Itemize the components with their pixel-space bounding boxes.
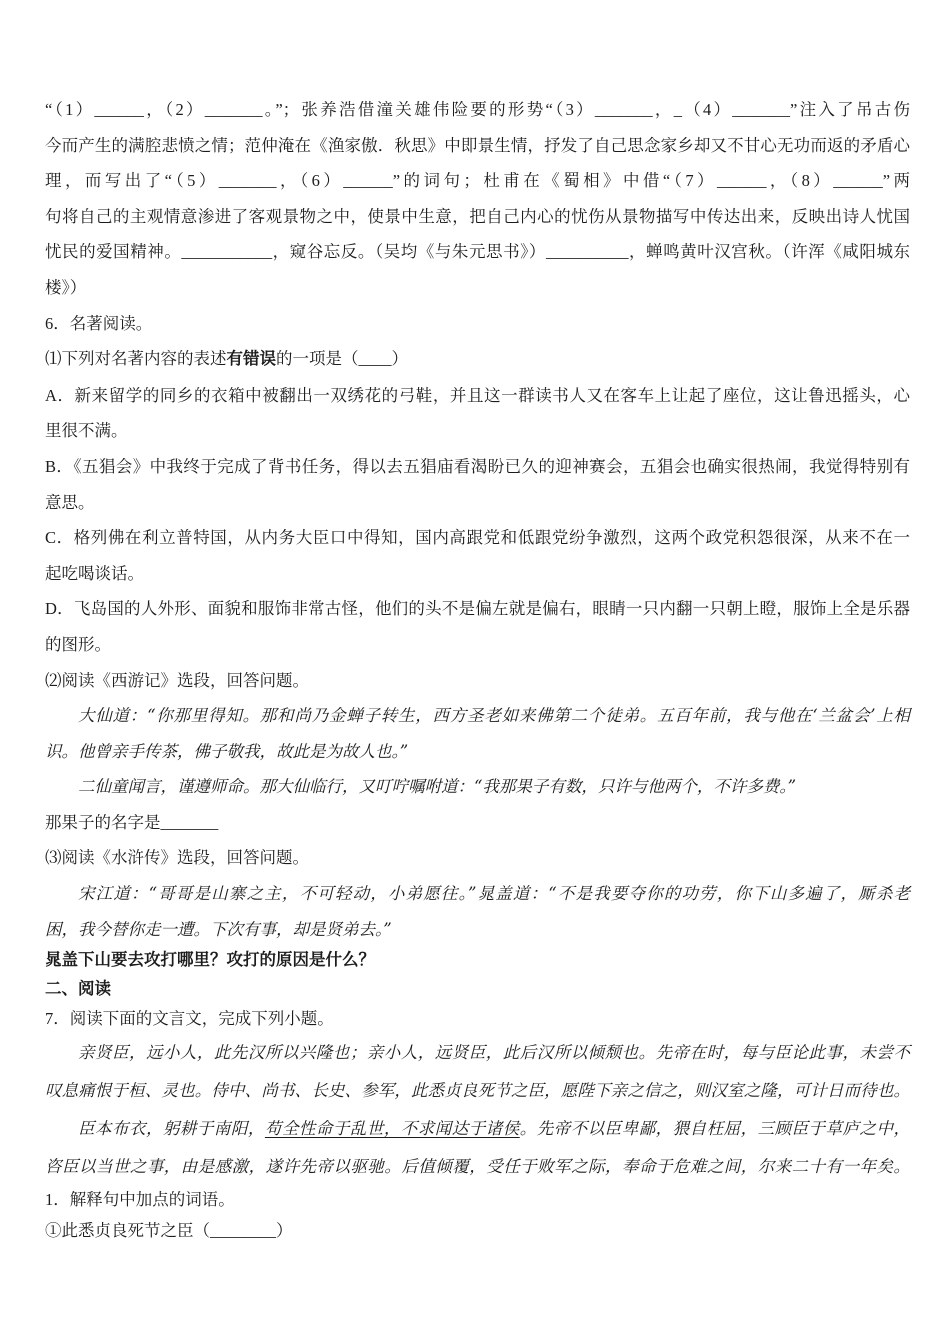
q6-option-c-line-2: 起吃喝谈话。 [45, 556, 910, 592]
text-run: “（1）______，（2）_______。”；张养浩借潼关雄伟险要的形势“（3… [45, 100, 910, 119]
text-run: 起吃喝谈话。 [45, 564, 144, 583]
q5-fill-blanks-line-2: 今而产生的满腔悲愤之情；范仲淹在《渔家傲．秋思》中即景生情，抒发了自己思念家乡却… [45, 128, 910, 164]
text-run: ①此悉贞良死节之臣（________） [45, 1221, 293, 1240]
emphasized-text: 有错误 [227, 350, 277, 368]
q5-fill-blanks-line-5: 忧民的爱国精神。___________，窥谷忘反。（吴均《与朱元思书》）____… [45, 234, 910, 270]
text-run: 那果子的名字是_______ [45, 813, 218, 832]
q6-part1-stem: ⑴下列对名著内容的表述有错误的一项是（____） [45, 341, 910, 378]
text-run: C．格列佛在利立普特国，从内务大臣口中得知，国内高跟党和低跟党纷争激烈，这两个政… [45, 528, 910, 547]
xiyouji-excerpt-line-3: 二仙童闻言，谨遵师命。那大仙临行，又叮咛嘱咐道：“我那果子有数，只许与他两个，不… [45, 769, 910, 805]
text-run: 句将自己的主观情意渗进了客观景物之中，使景中生意，把自己内心的忧伤从景物描写中传… [45, 207, 910, 226]
q6-option-c-line-1: C．格列佛在利立普特国，从内务大臣口中得知，国内高跟党和低跟党纷争激烈，这两个政… [45, 520, 910, 556]
shuihu-excerpt-line-2: 困，我今替你走一遭。下次有事，却是贤弟去。” [45, 912, 910, 948]
text-run: 楼》） [45, 278, 86, 297]
text-run: 。先帝不以臣卑鄙，猥自枉屈，三顾臣于草庐之中， [520, 1119, 910, 1138]
q6-option-b-line-2: 意思。 [45, 485, 910, 521]
text-run: 识。他曾亲手传茶，佛子敬我，故此是为故人也。” [45, 742, 408, 761]
text-run: 6．名著阅读。 [45, 314, 152, 333]
text-run: 宋江道：“哥哥是山寨之主，不可轻动，小弟愿往。”晁盖道：“不是我要夺你的功劳，你… [78, 884, 910, 903]
text-run: ⑶阅读《水浒传》选段，回答问题。 [45, 848, 309, 867]
text-run: 咨臣以当世之事，由是感激，遂许先帝以驱驰。后值倾覆，受任于败军之际，奉命于危难之… [45, 1157, 910, 1176]
text-run: 困，我今替你走一遭。下次有事，却是贤弟去。” [45, 920, 392, 939]
text-run: 1．解释句中加点的词语。 [45, 1190, 235, 1209]
text-run: 二、阅读 [45, 980, 111, 998]
q6-part3-stem: ⑶阅读《水浒传》选段，回答问题。 [45, 840, 910, 876]
q7-1-item-1: ①此悉贞良死节之臣（________） [45, 1214, 910, 1248]
text-run: B．《五猖会》中我终于完成了背书任务，得以去五猖庙看渴盼已久的迎神赛会，五猖会也… [45, 457, 910, 476]
text-run: 大仙道：“你那里得知。那和尚乃金蝉子转生，西方圣老如来佛第二个徒弟。五百年前，我… [78, 706, 910, 725]
text-run: 理，而写出了“（5）_______，（6）______”的词句；杜甫在《蜀相》中… [45, 171, 910, 190]
underlined-phrase: 苟全性命于乱世，不求闻达于诸侯 [265, 1119, 520, 1138]
chushibiao-excerpt-line-4: 咨臣以当世之事，由是感激，遂许先帝以驱驰。后值倾覆，受任于败军之际，奉命于危难之… [45, 1148, 910, 1186]
xiyouji-excerpt-line-1: 大仙道：“你那里得知。那和尚乃金蝉子转生，西方圣老如来佛第二个徒弟。五百年前，我… [45, 698, 910, 734]
text-run: 意思。 [45, 493, 95, 512]
text-run: 忧民的爱国精神。___________，窥谷忘反。（吴均《与朱元思书》）____… [45, 242, 910, 261]
q5-fill-blanks-line-6: 楼》） [45, 270, 910, 306]
q6-option-d-line-1: D．飞岛国的人外形、面貌和服饰非常古怪，他们的头不是偏左就是偏右，眼睛一只内翻一… [45, 591, 910, 627]
q5-fill-blanks-line-1: “（1）______，（2）_______。”；张养浩借潼关雄伟险要的形势“（3… [45, 92, 910, 128]
text-run: D．飞岛国的人外形、面貌和服饰非常古怪，他们的头不是偏左就是偏右，眼睛一只内翻一… [45, 599, 910, 618]
text-run: 的图形。 [45, 635, 111, 654]
q6-title: 6．名著阅读。 [45, 306, 910, 342]
text-run: 叹息痛恨于桓、灵也。侍中、尚书、长史、参军，此悉贞良死节之臣，愿陛下亲之信之，则… [45, 1081, 910, 1100]
chushibiao-excerpt-line-3: 臣本布衣，躬耕于南阳，苟全性命于乱世，不求闻达于诸侯。先帝不以臣卑鄙，猥自枉屈，… [45, 1110, 910, 1148]
xiyouji-excerpt-line-2: 识。他曾亲手传茶，佛子敬我，故此是为故人也。” [45, 734, 910, 770]
text-run: 臣本布衣，躬耕于南阳， [78, 1119, 265, 1138]
text-run: 里很不满。 [45, 421, 128, 440]
q7-stem: 7．阅读下面的文言文，完成下列小题。 [45, 1004, 910, 1034]
chushibiao-excerpt-line-2: 叹息痛恨于桓、灵也。侍中、尚书、长史、参军，此悉贞良死节之臣，愿陛下亲之信之，则… [45, 1072, 910, 1110]
text-run: A．新来留学的同乡的衣箱中被翻出一双绣花的弓鞋，并且这一群读书人又在客车上让起了… [45, 386, 910, 405]
q6-option-d-line-2: 的图形。 [45, 627, 910, 663]
text-run: ⑵阅读《西游记》选段，回答问题。 [45, 671, 309, 690]
text-run: 的一项是（____） [276, 349, 408, 368]
q5-fill-blanks-line-4: 句将自己的主观情意渗进了客观景物之中，使景中生意，把自己内心的忧伤从景物描写中传… [45, 199, 910, 235]
text-run: 晁盖下山要去攻打哪里？攻打的原因是什么？ [45, 951, 375, 969]
q7-1-stem: 1．解释句中加点的词语。 [45, 1186, 910, 1214]
q5-fill-blanks-line-3: 理，而写出了“（5）_______，（6）______”的词句；杜甫在《蜀相》中… [45, 163, 910, 199]
q6-option-b-line-1: B．《五猖会》中我终于完成了背书任务，得以去五猖庙看渴盼已久的迎神赛会，五猖会也… [45, 449, 910, 485]
shuihu-excerpt-line-1: 宋江道：“哥哥是山寨之主，不可轻动，小弟愿往。”晁盖道：“不是我要夺你的功劳，你… [45, 876, 910, 912]
q6-part2-stem: ⑵阅读《西游记》选段，回答问题。 [45, 663, 910, 699]
exam-page: “（1）______，（2）_______。”；张养浩借潼关雄伟险要的形势“（3… [0, 0, 950, 1344]
text-run: 今而产生的满腔悲愤之情；范仲淹在《渔家傲．秋思》中即景生情，抒发了自己思念家乡却… [45, 136, 910, 155]
text-run: 二仙童闻言，谨遵师命。那大仙临行，又叮咛嘱咐道：“我那果子有数，只许与他两个，不… [78, 777, 796, 796]
section-2-heading: 二、阅读 [45, 974, 910, 1004]
q6-part3-question: 晁盖下山要去攻打哪里？攻打的原因是什么？ [45, 947, 910, 974]
q6-option-a-line-1: A．新来留学的同乡的衣箱中被翻出一双绣花的弓鞋，并且这一群读书人又在客车上让起了… [45, 378, 910, 414]
text-run: 亲贤臣，远小人，此先汉所以兴隆也；亲小人，远贤臣，此后汉所以倾颓也。先帝在时，每… [78, 1043, 910, 1062]
q6-option-a-line-2: 里很不满。 [45, 413, 910, 449]
text-run: 7．阅读下面的文言文，完成下列小题。 [45, 1009, 334, 1028]
text-run: ⑴下列对名著内容的表述 [45, 349, 227, 368]
q6-part2-question: 那果子的名字是_______ [45, 805, 910, 841]
chushibiao-excerpt-line-1: 亲贤臣，远小人，此先汉所以兴隆也；亲小人，远贤臣，此后汉所以倾颓也。先帝在时，每… [45, 1034, 910, 1072]
document-body: “（1）______，（2）_______。”；张养浩借潼关雄伟险要的形势“（3… [45, 92, 910, 1248]
